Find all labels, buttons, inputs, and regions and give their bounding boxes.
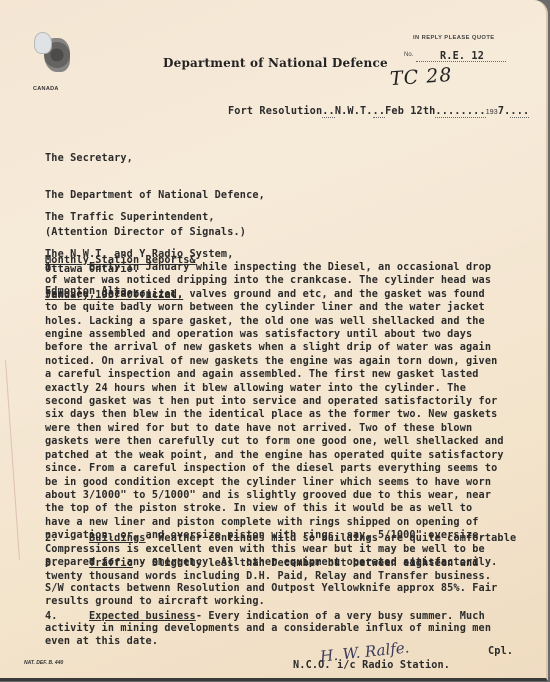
section-line: of water was noticed dripping into the c… bbox=[45, 274, 545, 287]
section-line: were then wired for but to date have not… bbox=[45, 422, 545, 435]
signature-rank: Cpl. bbox=[488, 646, 513, 657]
section-line: twenty thousand words including D.H. Pai… bbox=[45, 571, 545, 584]
letter-page: CANADA Department of National Defence IN… bbox=[0, 0, 548, 681]
dateline-date: Feb 12th bbox=[385, 106, 435, 117]
section-number: 1. bbox=[45, 262, 58, 273]
section-line: be in good condition except the cylinder… bbox=[45, 476, 545, 489]
reference-no-label: No. bbox=[404, 52, 413, 58]
section-line: noticed. On arrival of new gaskets the e… bbox=[45, 355, 545, 368]
crest-caption: CANADA bbox=[33, 86, 59, 92]
section-4: 4. Expected business- Every indication o… bbox=[45, 611, 545, 648]
section-line: second gasket was t hen put into service… bbox=[45, 395, 545, 408]
form-number: NAT. DEF. B. 440 bbox=[24, 660, 63, 666]
section-line: gaskets were then carefully cut to form … bbox=[45, 435, 545, 448]
section-line: - Slightly less than December but betwee… bbox=[133, 558, 479, 569]
signature-title: N.C.O. i/c Radio Station. bbox=[293, 660, 450, 671]
section-line: have a new liner and piston complete wit… bbox=[45, 516, 545, 529]
section-line: the top of the piston stroke. In view of… bbox=[45, 502, 545, 515]
section-line: before the arrival of new gaskets when a… bbox=[45, 341, 545, 354]
reply-label: IN REPLY PLEASE QUOTE bbox=[413, 35, 495, 41]
section-line: engine assembled and operation was satis… bbox=[45, 328, 545, 341]
dateline: Fort Resolution..N.W.T...Feb 12th.......… bbox=[228, 106, 529, 118]
section-heading: Expected business bbox=[89, 611, 196, 622]
section-line: removed, decarbonized, valves ground and… bbox=[45, 288, 545, 301]
section-line: holes. Lacking a spare gasket, the old o… bbox=[45, 315, 545, 328]
handwritten-note: TC 28 bbox=[389, 64, 453, 90]
section-3: 3. Traffic - Slightly less than December… bbox=[45, 558, 545, 608]
section-line: - Every indication of a very busy summer… bbox=[196, 611, 485, 622]
dateline-year-suffix: 7. bbox=[498, 106, 511, 117]
section-line: about 3/1000" to 5/1000" and is slightly… bbox=[45, 489, 545, 502]
section-heading: Traffic bbox=[89, 558, 133, 569]
dateline-region: N.W.T. bbox=[335, 106, 373, 117]
section-line: since. From a careful inspection of the … bbox=[45, 462, 545, 475]
dateline-year-prefix: 193 bbox=[486, 109, 498, 116]
section-line: to be quite badly worn between the cylin… bbox=[45, 301, 545, 314]
section-line: a careful inspection and again assembled… bbox=[45, 368, 545, 381]
section-line: activity in mining developments and a co… bbox=[45, 623, 545, 635]
section-line: even at this date. bbox=[45, 636, 545, 648]
reference-number: R.E. 12 bbox=[440, 51, 484, 62]
section-2: 2. Buildings- Weather continues mild so … bbox=[45, 532, 545, 545]
dateline-place: Fort Resolution bbox=[228, 106, 322, 117]
section-line: results ground to aircraft working. bbox=[45, 596, 545, 609]
section-line: S/W contacts betwenn Resolution and Outp… bbox=[45, 583, 545, 596]
section-line: patched at the weak point, and the engin… bbox=[45, 449, 545, 462]
section-line: - Weather continues mild so buildings ar… bbox=[146, 533, 517, 544]
section-1: 1. Early in January while inspecting the… bbox=[45, 261, 545, 569]
section-number: 4. bbox=[45, 611, 58, 622]
section-line: exactly 24 hours when it blew allowing w… bbox=[45, 382, 545, 395]
section-number: 2. bbox=[45, 533, 58, 544]
section-line: six days then blew in the identical plac… bbox=[45, 408, 545, 421]
addressee-line: The Traffic Superintendent, bbox=[45, 212, 234, 224]
margin-mark bbox=[5, 360, 20, 560]
canada-crest-icon bbox=[30, 28, 70, 72]
addressee-line: The Secretary, bbox=[45, 153, 265, 165]
section-heading: Buildings bbox=[89, 533, 146, 544]
section-line: Early in January while inspecting the Di… bbox=[89, 262, 491, 273]
section-number: 3. bbox=[45, 558, 58, 569]
department-heading: Department of National Defence bbox=[163, 56, 388, 70]
